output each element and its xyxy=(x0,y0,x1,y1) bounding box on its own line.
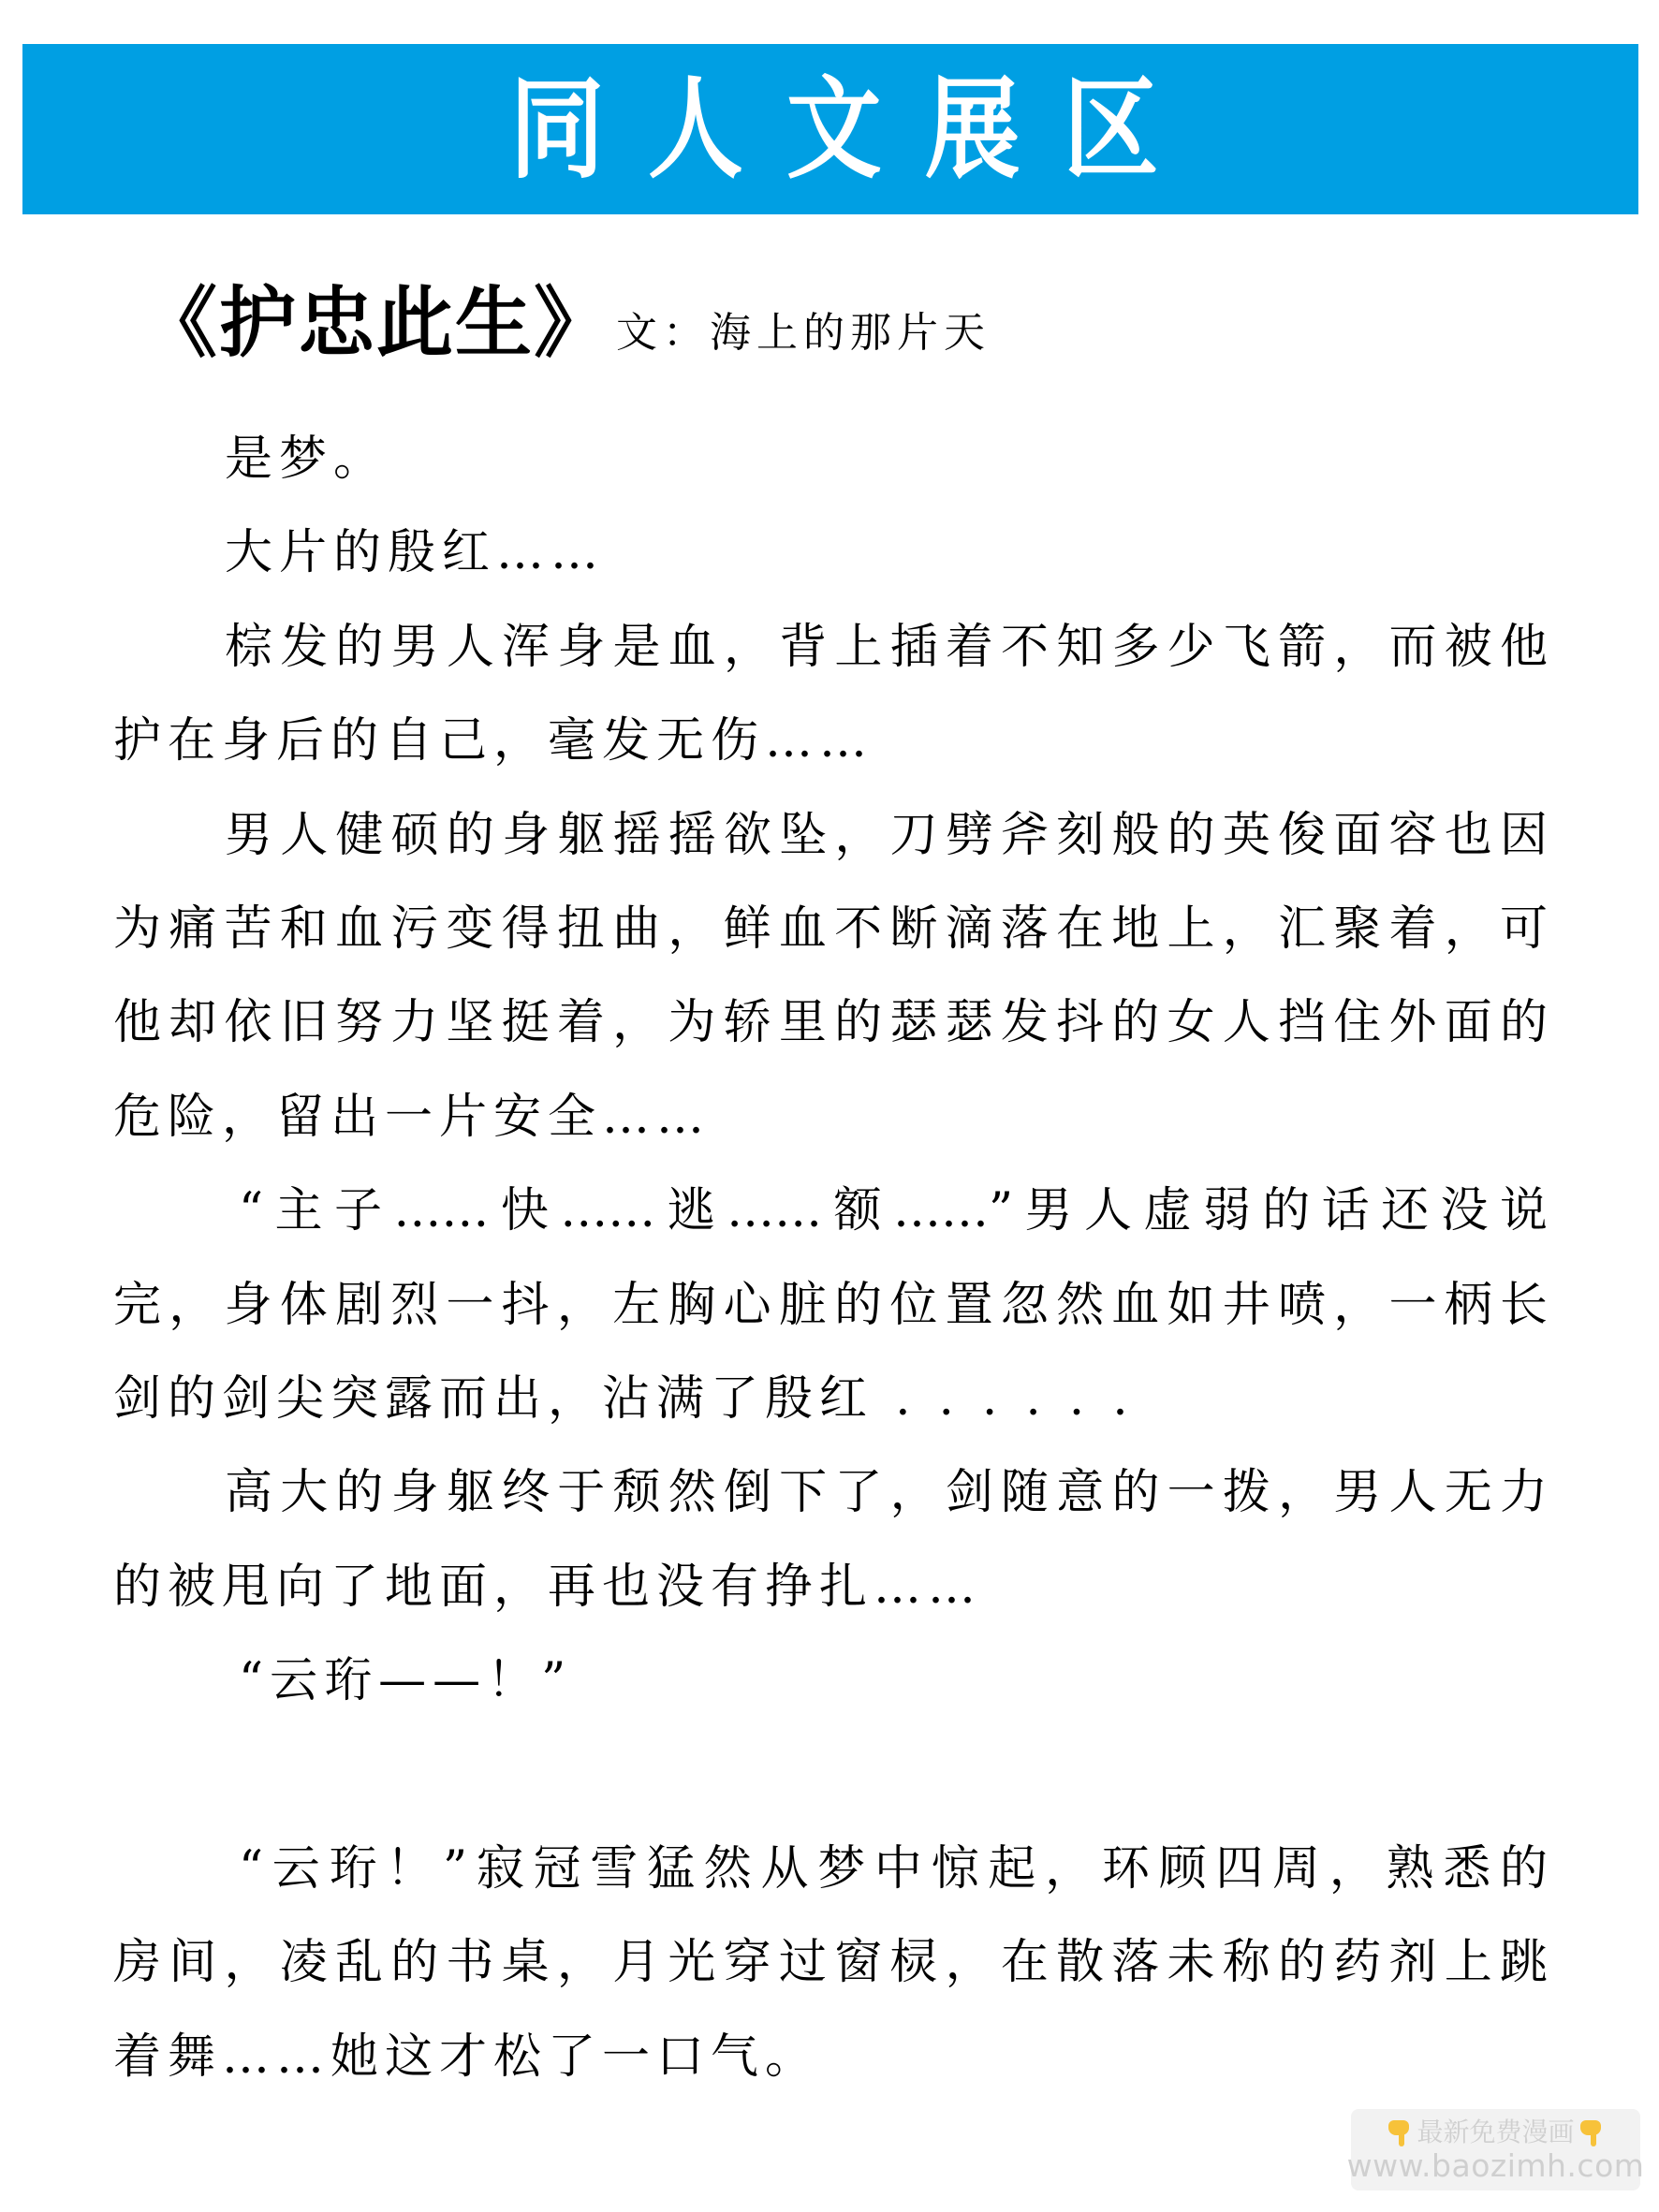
banner-title: 同人文展区 xyxy=(509,74,1202,184)
body-line: 着舞……她这才松了一口气。 xyxy=(113,2011,1548,2104)
section-banner: 同人文展区 xyxy=(22,44,1638,214)
body-line: 危险，留出一片安全…… xyxy=(113,1071,1548,1165)
body-line: 房间，凌乱的书桌，月光穿过窗棂，在散落未称的药剂上跳 xyxy=(113,1916,1548,2010)
watermark-url: www.baozimh.com xyxy=(1347,2148,1645,2184)
body-line: 男人健硕的身躯摇摇欲坠，刀劈斧刻般的英俊面容也因 xyxy=(113,789,1548,883)
article-title-row: 《护忠此生》 xyxy=(140,271,612,374)
pointing-down-hand-icon xyxy=(1580,2118,1603,2146)
body-line: “云珩！”寂冠雪猛然从梦中惊起，环顾四周，熟悉的 xyxy=(113,1823,1548,1916)
blank-line xyxy=(113,1728,1548,1822)
body-line: 大片的殷红…… xyxy=(113,506,1548,600)
body-line: 他却依旧努力坚挺着，为轿里的瑟瑟发抖的女人挡住外面的 xyxy=(113,976,1548,1070)
pointing-down-hand-icon xyxy=(1388,2118,1411,2146)
body-line: “云珩——！” xyxy=(113,1634,1548,1728)
body-line: 的被甩向了地面，再也没有挣扎…… xyxy=(113,1541,1548,1634)
body-line: 护在身后的自己，毫发无伤…… xyxy=(113,695,1548,788)
body-line: 剑的剑尖突露而出，沾满了殷红 . . . . . . xyxy=(113,1353,1548,1446)
article-body: 是梦。 大片的殷红…… 棕发的男人浑身是血，背上插着不知多少飞箭，而被他 护在身… xyxy=(113,413,1548,2104)
article-title: 《护忠此生》 xyxy=(140,285,612,361)
watermark-label: 最新免费漫画 xyxy=(1417,2117,1574,2148)
body-line: “主子……快……逃……额……”男人虚弱的话还没说 xyxy=(113,1165,1548,1258)
site-watermark: 最新免费漫画 www.baozimh.com xyxy=(1351,2109,1640,2190)
body-line: 为痛苦和血污变得扭曲，鲜血不断滴落在地上，汇聚着，可 xyxy=(113,883,1548,976)
body-line: 棕发的男人浑身是血，背上插着不知多少飞箭，而被他 xyxy=(113,601,1548,695)
article-byline: 文：海上的那片天 xyxy=(616,307,991,359)
watermark-top: 最新免费漫画 xyxy=(1388,2117,1602,2148)
body-line: 高大的身躯终于颓然倒下了，剑随意的一拨，男人无力 xyxy=(113,1446,1548,1540)
body-line: 完，身体剧烈一抖，左胸心脏的位置忽然血如井喷，一柄长 xyxy=(113,1259,1548,1353)
body-line: 是梦。 xyxy=(113,413,1548,506)
